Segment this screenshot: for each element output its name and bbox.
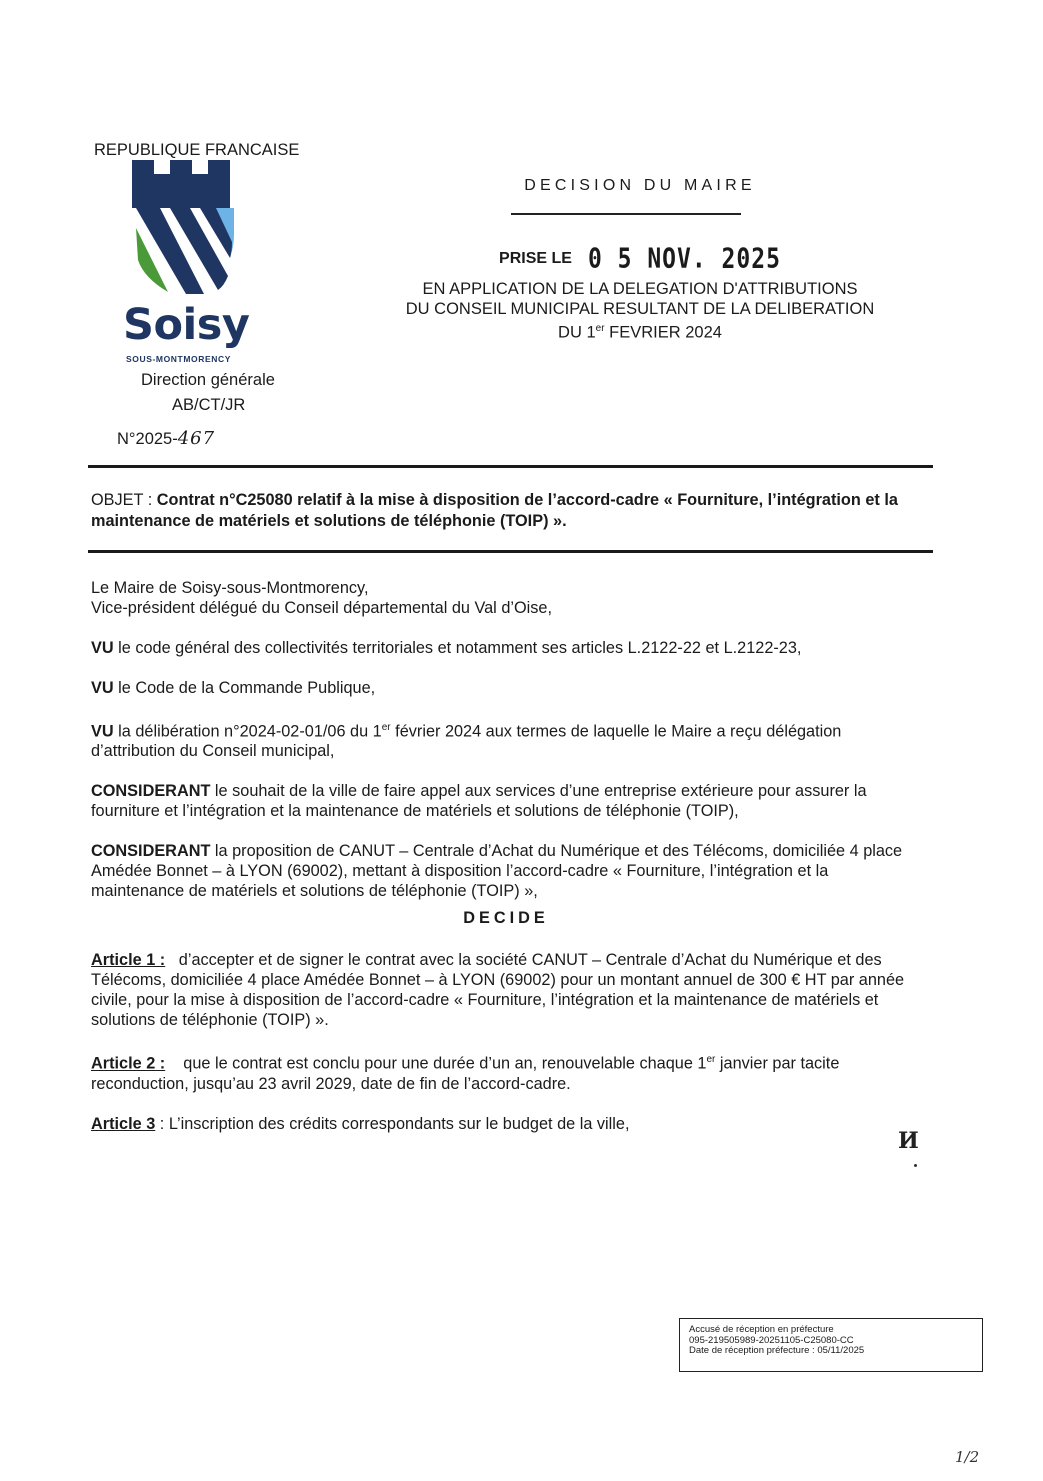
bottom-divider (88, 550, 933, 553)
prise-le-label: PRISE LE (499, 250, 572, 267)
document-title: DECISION DU MAIRE (380, 177, 900, 195)
article-1: Article 1 : d’accepter et de signer le c… (91, 950, 921, 1030)
soisy-coat-of-arms-logo (130, 160, 240, 295)
mayor-intro: Le Maire de Soisy-sous-Montmorency, Vice… (91, 578, 921, 618)
delegation-line-2: DU CONSEIL MUNICIPAL RESULTANT DE LA DEL… (370, 299, 910, 319)
direction-label: Direction générale (141, 371, 275, 390)
delegation-line-3: DU 1er FEVRIER 2024 (370, 319, 910, 343)
logo-subtitle: SOUS-MONTMORENCY (126, 354, 231, 364)
initials-dot (914, 1164, 917, 1167)
vu-clause-1: VU le code général des collectivités ter… (91, 638, 921, 658)
decision-number: N°2025-467 (117, 428, 215, 449)
vu-clause-2: VU le Code de la Commande Publique, (91, 678, 921, 698)
decision-body: Le Maire de Soisy-sous-Montmorency, Vice… (91, 578, 921, 1154)
delegation-line-1: EN APPLICATION DE LA DELEGATION D'ATTRIB… (370, 279, 910, 299)
decide-heading: DECIDE (91, 908, 921, 928)
initials-reference: AB/CT/JR (172, 396, 245, 415)
decision-number-prefix: N°2025- (117, 430, 178, 448)
title-underline (511, 213, 741, 215)
decision-number-handwritten: 467 (178, 428, 215, 449)
objet-label: OBJET : (91, 491, 157, 509)
objet-section: OBJET : Contrat n°C25080 relatif à la mi… (91, 490, 941, 532)
objet-text: Contrat n°C25080 relatif à la mise à dis… (91, 491, 898, 530)
republique-francaise-label: REPUBLIQUE FRANCAISE (94, 141, 299, 160)
article-2: Article 2 : que le contrat est conclu po… (91, 1050, 921, 1093)
handwritten-initials: И (898, 1128, 919, 1154)
prise-le-line: PRISE LE0 5 NOV. 2025 (380, 246, 900, 272)
article-3: Article 3 : L’inscription des crédits co… (91, 1114, 921, 1134)
considerant-clause-1: CONSIDERANT le souhait de la ville de fa… (91, 781, 921, 821)
date-stamp: 0 5 NOV. 2025 (588, 243, 781, 274)
top-divider (88, 465, 933, 468)
prefecture-receipt-box: Accusé de réception en préfecture 095-21… (679, 1318, 983, 1372)
prefecture-line-1: Accusé de réception en préfecture (689, 1325, 973, 1336)
prefecture-line-3: Date de réception préfecture : 05/11/202… (689, 1346, 973, 1357)
vu-clause-3: VU la délibération n°2024-02-01/06 du 1e… (91, 718, 921, 761)
delegation-statement: EN APPLICATION DE LA DELEGATION D'ATTRIB… (370, 279, 910, 343)
page-number: 1/2 (955, 1448, 979, 1466)
considerant-clause-2: CONSIDERANT la proposition de CANUT – Ce… (91, 841, 921, 901)
logo-wordmark: Soisy (123, 300, 249, 350)
